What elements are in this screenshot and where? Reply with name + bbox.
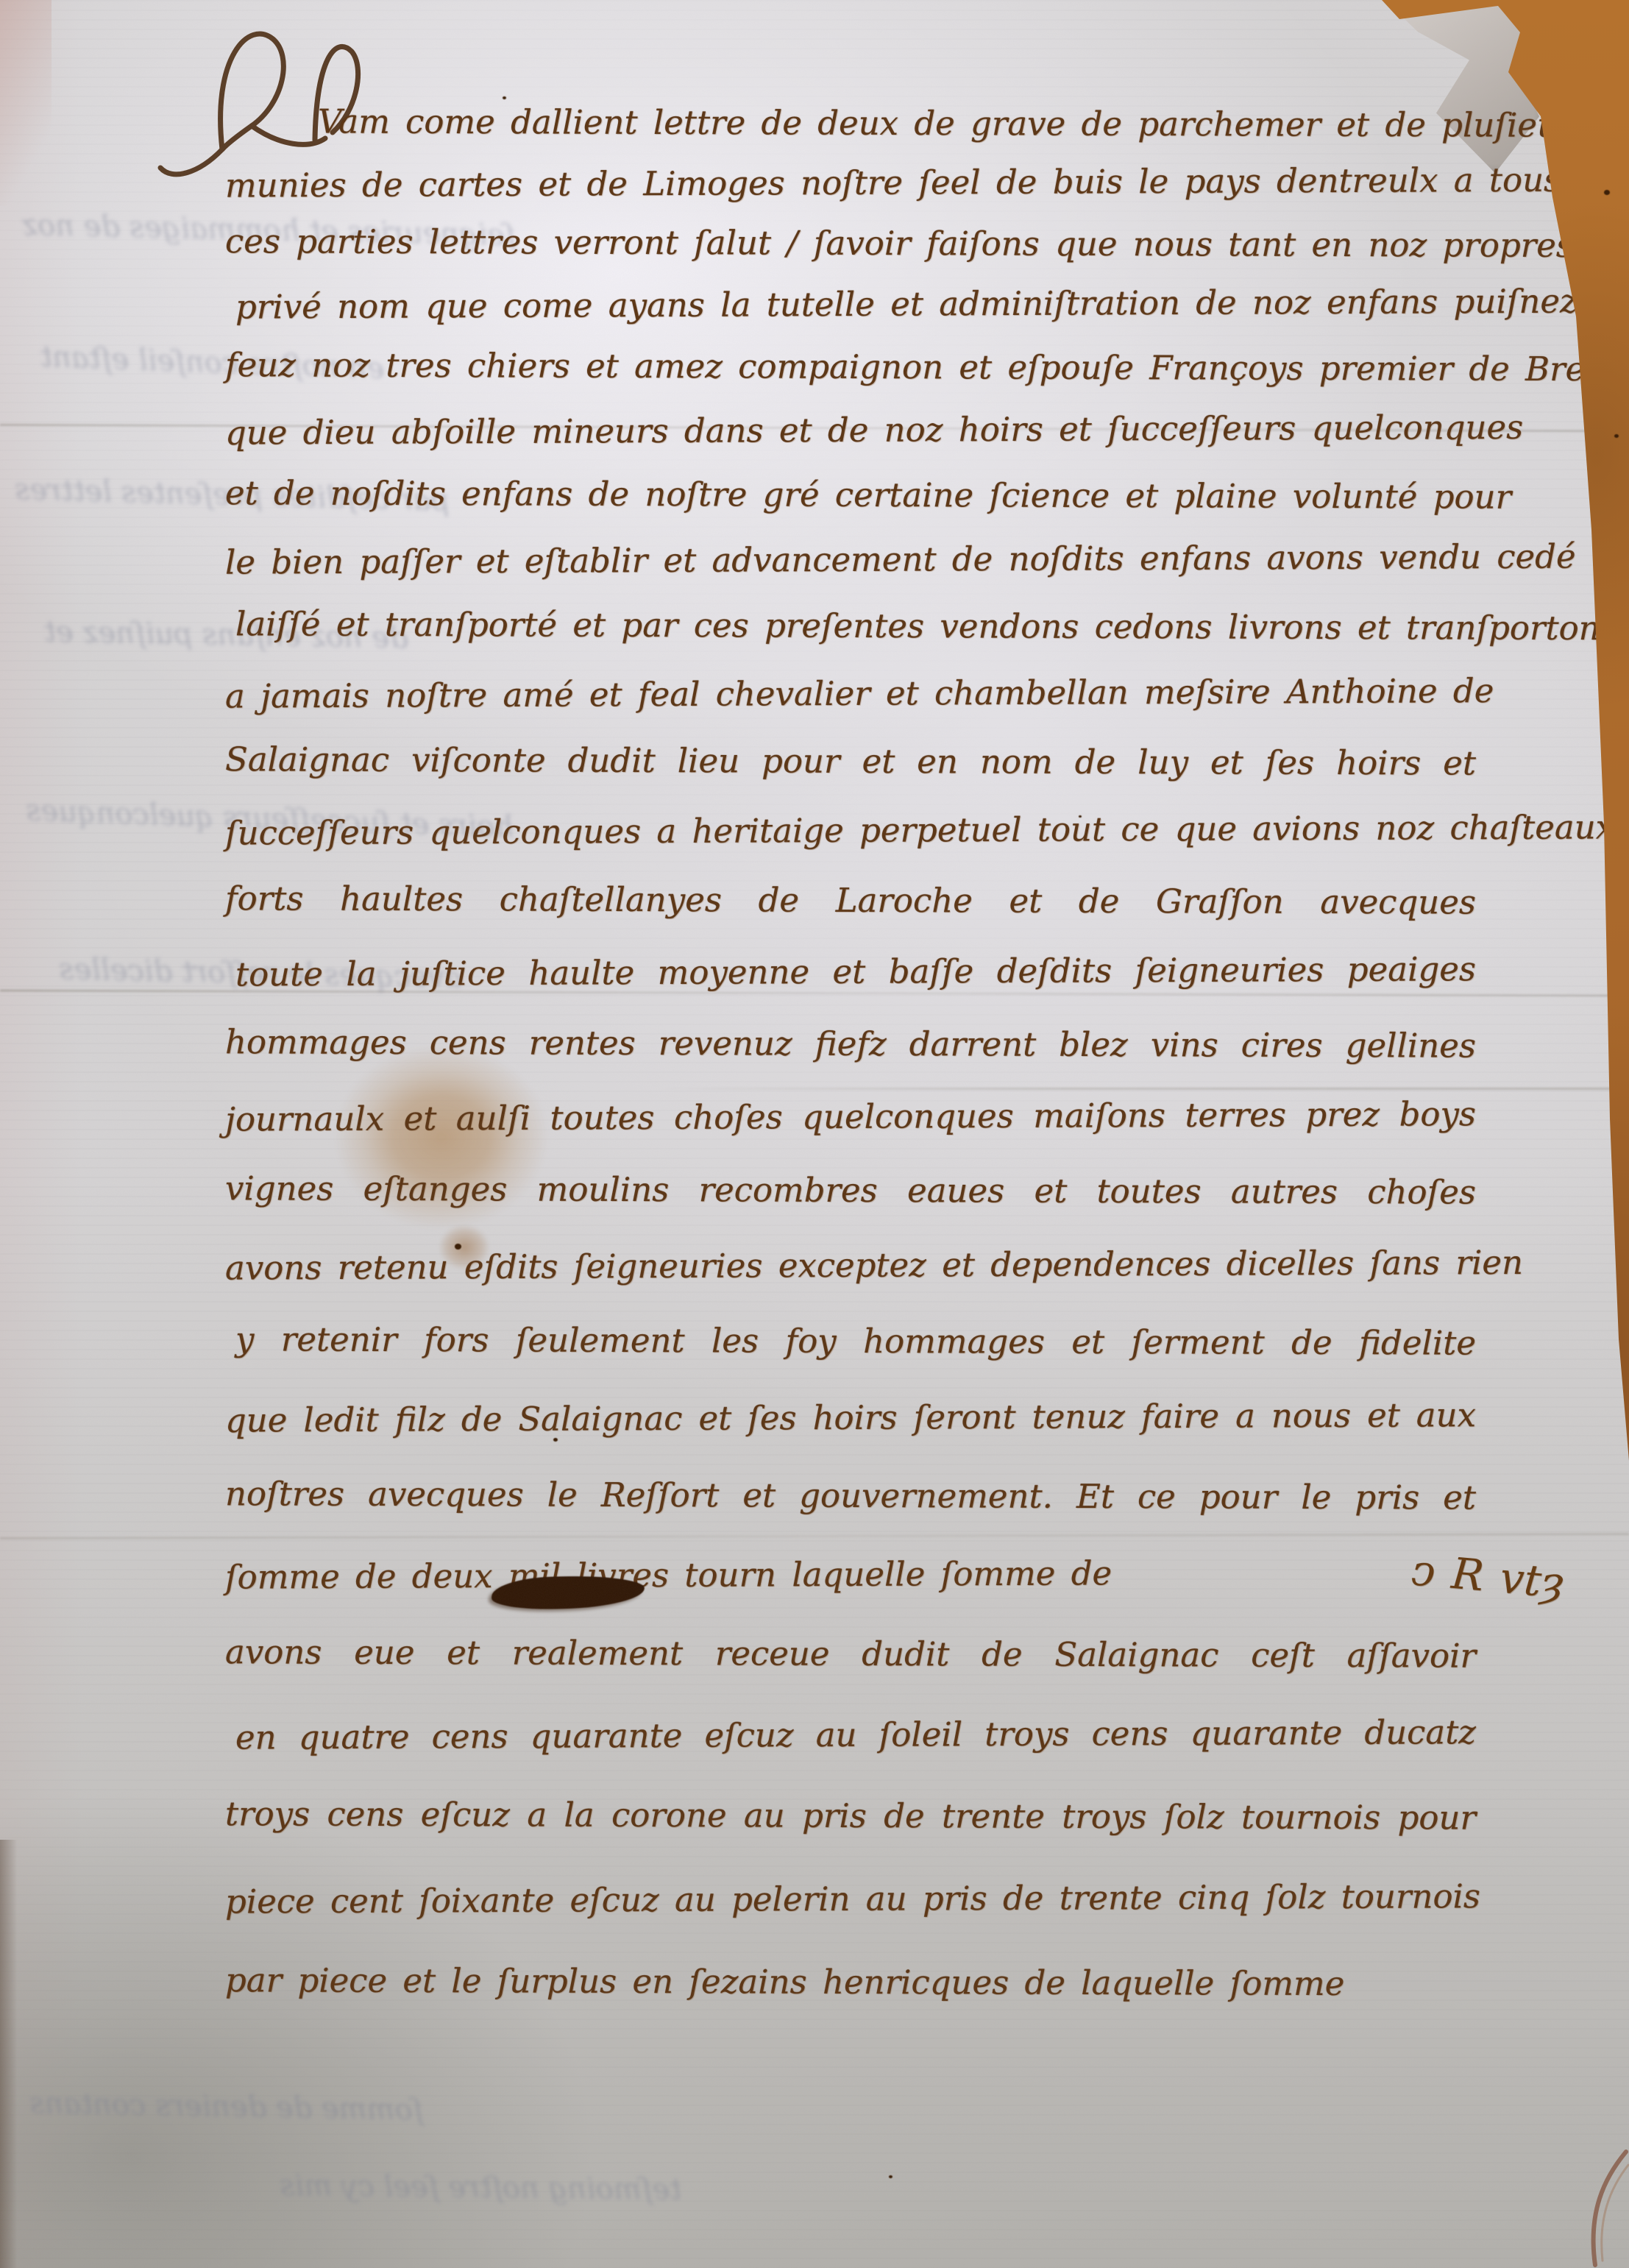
manuscript-line: ces parties lettres verront ſalut / ſavo…	[225, 224, 1476, 261]
manuscript-line: ſucceſſeurs quelconques a heritaige perp…	[225, 811, 1476, 849]
manuscript-line: par piece et le ſurplus en ſezains henri…	[225, 1963, 1476, 2000]
manuscript-line: Vam come dallient lettre de deux de grav…	[318, 105, 1476, 142]
manuscript-line: et de noſdits enfans de noſtre gré certa…	[225, 476, 1476, 513]
manuscript-line: laiſſé et tranſporté et par ces preſente…	[235, 608, 1476, 645]
ink-speck	[455, 1244, 461, 1250]
manuscript-line: que ledit filz de Salaignac et ſes hoirs…	[225, 1398, 1476, 1436]
manuscript-line: Salaignac viſconte dudit lieu pour et en…	[225, 743, 1476, 780]
bottom-corner-curl	[1533, 2136, 1629, 2268]
manuscript-line: feuz noz tres chiers et amez compaignon …	[225, 349, 1476, 386]
manuscript-line: privé nom que come ayans la tutelle et a…	[235, 286, 1476, 324]
manuscript-line: avons eue et realement receue dudit de S…	[225, 1635, 1476, 1672]
manuscript-line: que dieu abſoille mineurs dans et de noz…	[225, 411, 1476, 450]
manuscript-line: a jamais noſtre amé et feal chevalier et…	[225, 674, 1476, 712]
manuscript-line: journaulx et aulſi toutes choſes quelcon…	[225, 1097, 1476, 1135]
ink-speck	[1604, 190, 1610, 195]
manuscript-line: noſtres avecques le Reſſort et gouvernem…	[225, 1477, 1476, 1514]
manuscript-line: munies de cartes et de Limoges noſtre ſe…	[225, 163, 1476, 202]
manuscript-line: en quatre cens quarante eſcuz au ſoleil …	[235, 1715, 1476, 1754]
manuscript-line: avons retenu eſdits ſeigneuries exceptez…	[225, 1246, 1476, 1284]
manuscript-line: le bien paſſer et eſtablir et advancemen…	[225, 541, 1476, 579]
manuscript-line: troys cens eſcuz a la corone au pris de …	[225, 1798, 1476, 1835]
manuscript-line: hommages cens rentes revenuz fiefz darre…	[225, 1025, 1476, 1062]
manuscript-line: ſomme de deux mil livres tourn laquelle …	[225, 1555, 1476, 1593]
manuscript-page: ſeigneuries et hommaiges de nozen noſtre…	[0, 0, 1629, 2268]
manuscript-line: y retenir fors ſeulement les foy hommage…	[235, 1322, 1476, 1359]
manuscript-line: vignes eſtanges moulins recombres eaues …	[225, 1172, 1476, 1208]
manuscript-line: forts haultes chaſtellanyes de Laroche e…	[225, 882, 1476, 919]
handwritten-text-block: Vam come dallient lettre de deux de grav…	[0, 0, 1629, 2268]
manuscript-line: piece cent ſoixante eſcuz au pelerin au …	[225, 1879, 1476, 1918]
manuscript-line: toute la juſtice haulte moyenne et baſſe…	[235, 952, 1476, 991]
